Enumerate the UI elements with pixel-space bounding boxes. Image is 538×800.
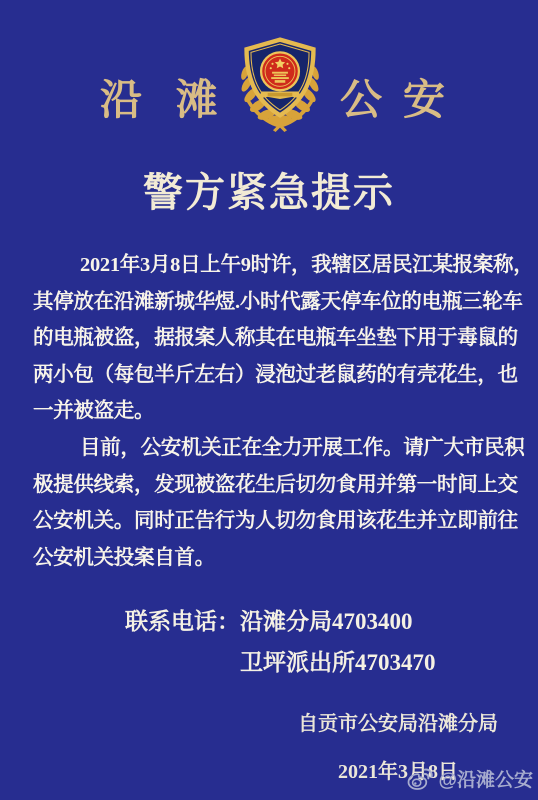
police-badge-icon — [236, 36, 324, 133]
header-right-text: 公安 — [340, 80, 466, 122]
weibo-watermark: @沿滩公安 — [407, 765, 533, 792]
header-left-text: 沿滩 — [100, 80, 251, 122]
body-line: 2021年3月8日上午9时许，我辖区居民江某报案称， — [33, 247, 513, 284]
issuer-name: 自贡市公安局沿滩分局 — [297, 713, 499, 735]
body-line: 目前，公安机关正在全力开展工作。请广大市民积 — [33, 430, 513, 467]
contact-phone-branch: 联系电话：沿滩分局4703400 — [125, 603, 413, 636]
body-line: 的电瓶被盗，据报案人称其在电瓶车坐垫下用于毒鼠的 — [33, 320, 513, 357]
body-line: 极提供线索，发现被盗花生后切勿食用并第一时间上交 — [33, 467, 513, 504]
body-line: 公安机关投案自首。 — [33, 540, 513, 577]
police-notice-poster: 沿滩 — [0, 0, 538, 800]
watermark-text: @沿滩公安 — [438, 765, 533, 792]
body-line: 一并被盗走。 — [33, 393, 513, 430]
body-line: 两小包（每包半斤左右）浸泡过老鼠药的有壳花生，也 — [33, 357, 513, 394]
notice-title: 警方紧急提示 — [0, 161, 538, 218]
weibo-icon — [407, 767, 434, 791]
body-line: 公安机关。同时正告行为人切勿食用该花生并立即前往 — [33, 503, 513, 540]
body-line: 其停放在沿滩新城华煜.小时代露天停车位的电瓶三轮车 — [33, 284, 513, 321]
badge-emblem — [261, 52, 299, 90]
contact-phone-station: 卫坪派出所4703470 — [240, 644, 436, 677]
notice-body: 2021年3月8日上午9时许，我辖区居民江某报案称， 其停放在沿滩新城华煜.小时… — [33, 247, 513, 576]
